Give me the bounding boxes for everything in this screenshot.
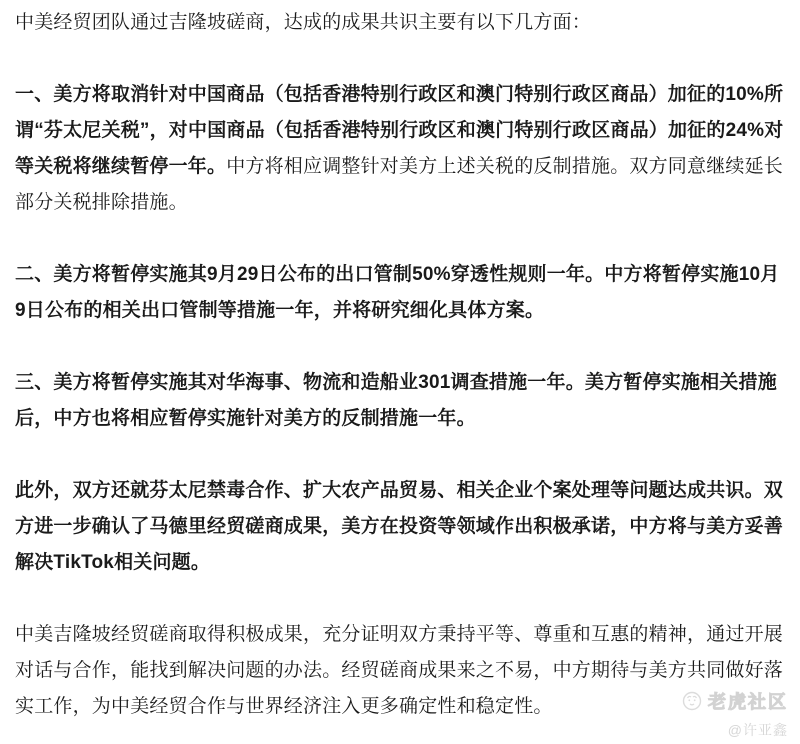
intro-paragraph: 中美经贸团队通过吉隆坡磋商，达成的成果共识主要有以下几方面： <box>15 5 785 41</box>
paragraph-5-normal: 中美吉隆坡经贸磋商取得积极成果，充分证明双方秉持平等、尊重和互惠的精神，通过开展… <box>15 624 783 717</box>
intro-text: 中美经贸团队通过吉隆坡磋商，达成的成果共识主要有以下几方面： <box>15 12 591 33</box>
paragraph-2: 二、美方将暂停实施其9月29日公布的出口管制50%穿透性规则一年。中方将暂停实施… <box>15 257 785 329</box>
paragraph-4: 此外，双方还就芬太尼禁毒合作、扩大农产品贸易、相关企业个案处理等问题达成共识。双… <box>15 473 785 581</box>
paragraph-5: 中美吉隆坡经贸磋商取得积极成果，充分证明双方秉持平等、尊重和互惠的精神，通过开展… <box>15 617 785 725</box>
paragraph-4-bold: 此外，双方还就芬太尼禁毒合作、扩大农产品贸易、相关企业个案处理等问题达成共识。双… <box>15 480 783 573</box>
paragraph-3: 三、美方将暂停实施其对华海事、物流和造船业301调查措施一年。美方暂停实施相关措… <box>15 365 785 437</box>
paragraph-2-bold: 二、美方将暂停实施其9月29日公布的出口管制50%穿透性规则一年。中方将暂停实施… <box>15 264 779 321</box>
article-body: 中美经贸团队通过吉隆坡磋商，达成的成果共识主要有以下几方面： 一、美方将取消针对… <box>0 0 800 725</box>
paragraph-3-bold: 三、美方将暂停实施其对华海事、物流和造船业301调查措施一年。美方暂停实施相关措… <box>15 372 777 429</box>
paragraph-1: 一、美方将取消针对中国商品（包括香港特别行政区和澳门特别行政区商品）加征的10%… <box>15 77 785 221</box>
